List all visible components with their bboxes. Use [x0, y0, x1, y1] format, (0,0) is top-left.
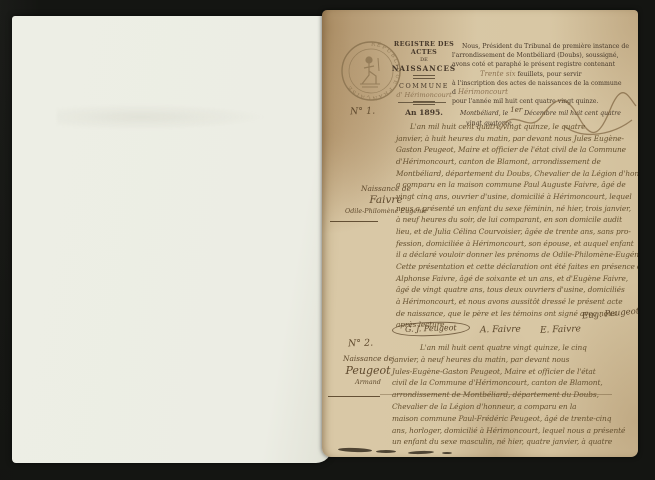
seal-figure	[360, 57, 380, 87]
ink-transfer-ghost	[57, 104, 267, 130]
register-page: RÉPUBLIQUE FRANÇAISE REGISTRE DES ACTES …	[322, 10, 638, 457]
feuillets-count-handwritten: Trente six	[480, 70, 516, 78]
certification-line: l'arrondissement de Montbéliard (Doubs),…	[452, 51, 638, 60]
act-number-1: N° 1.	[350, 106, 376, 118]
margin-divider	[330, 221, 378, 222]
signature-witness-1: E. Faivre	[540, 324, 581, 335]
ink-smudge	[376, 450, 396, 453]
signature-father: A. Faivre	[480, 325, 521, 336]
divider	[398, 102, 446, 103]
birth-act-1-text: L'an mil huit cent quatre vingt quinze, …	[396, 121, 638, 331]
certification-line: Trente six feuillets, pour servir	[452, 70, 638, 79]
scan-background: RÉPUBLIQUE FRANÇAISE REGISTRE DES ACTES …	[0, 0, 655, 480]
ink-smudge	[408, 451, 434, 455]
certification-line: avons coté et paraphé le présent registr…	[452, 60, 638, 69]
certification-line: Nous, Président du Tribunal de première …	[452, 42, 638, 51]
ink-smudge	[442, 452, 452, 454]
act-number-2: N° 2.	[348, 338, 374, 350]
divider	[413, 75, 435, 79]
blank-verso-page	[12, 16, 332, 463]
margin-divider	[328, 396, 380, 397]
ink-smudge	[338, 447, 372, 452]
birth-act-2-text: L'an mil huit cent quatre vingt quinze, …	[392, 342, 638, 448]
feuillets-label: feuillets, pour servir	[516, 71, 582, 78]
